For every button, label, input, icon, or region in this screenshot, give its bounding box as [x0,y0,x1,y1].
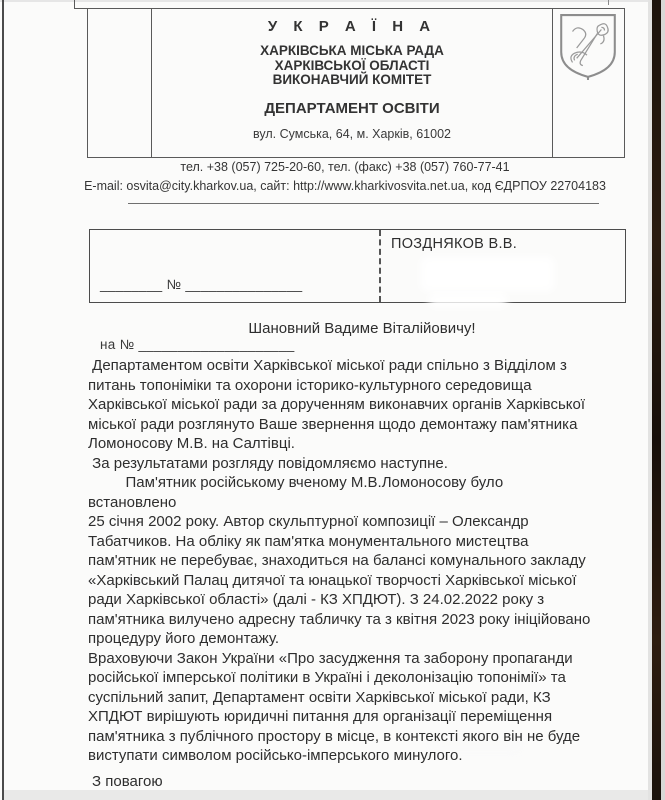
letterhead-country: У К Р А Ї Н А [152,18,552,35]
letterhead-box: У К Р А Ї Н А ХАРКІВСЬКА МІСЬКА РАДА ХАР… [87,8,625,158]
photo-edge-right-dark [652,0,661,800]
letterhead-left-tick [74,0,75,9]
salutation: Шановний Вадиме Віталійовичу! [88,320,636,337]
letterhead-divider-right [552,9,553,157]
letterhead-council: ХАРКІВСЬКА МІСЬКА РАДА [152,44,552,59]
outgoing-number-field: ________ № _______________ [100,275,302,295]
photo-edge-right-light [661,0,665,800]
coat-of-arms-cell [554,9,624,157]
phone-line: тел. +38 (057) 725-20-60, тел. (факс) +3… [60,158,630,177]
photo-edge-top [0,0,665,2]
photo-edge-bottom [4,790,648,800]
letterhead-top-line [75,8,87,9]
department-name: ДЕПАРТАМЕНТ ОСВІТИ [152,100,552,117]
scanned-letter: У К Р А Ї Н А ХАРКІВСЬКА МІСЬКА РАДА ХАР… [0,0,665,800]
org-address: вул. Сумська, 64, м. Харків, 61002 [152,127,552,141]
recipient-name: ПОЗДНЯКОВ В.В. [391,236,517,252]
photo-edge-left [2,0,4,800]
letter-body: Департаментом освіти Харківської міської… [88,356,648,766]
letterhead-oblast: ХАРКІВСЬКОЇ ОБЛАСТІ [152,59,552,74]
scan-smudge [428,292,508,308]
letterhead-text: У К Р А Ї Н А ХАРКІВСЬКА МІСЬКА РАДА ХАР… [152,9,552,157]
contact-block: тел. +38 (057) 725-20-60, тел. (факс) +3… [60,158,630,196]
reply-number-field: на № ____________________ [100,335,302,355]
reference-dashed-divider [379,230,381,302]
email-site-line: E-mail: osvita@city.kharkov.ua, сайт: ht… [60,177,630,196]
header-separator-line [128,203,599,204]
scan-smudge [420,256,555,292]
letterhead-committee: ВИКОНАВЧИЙ КОМІТЕТ [152,73,552,88]
letterhead-right-tick [608,0,609,5]
closing-signature: З повагою [92,773,163,790]
